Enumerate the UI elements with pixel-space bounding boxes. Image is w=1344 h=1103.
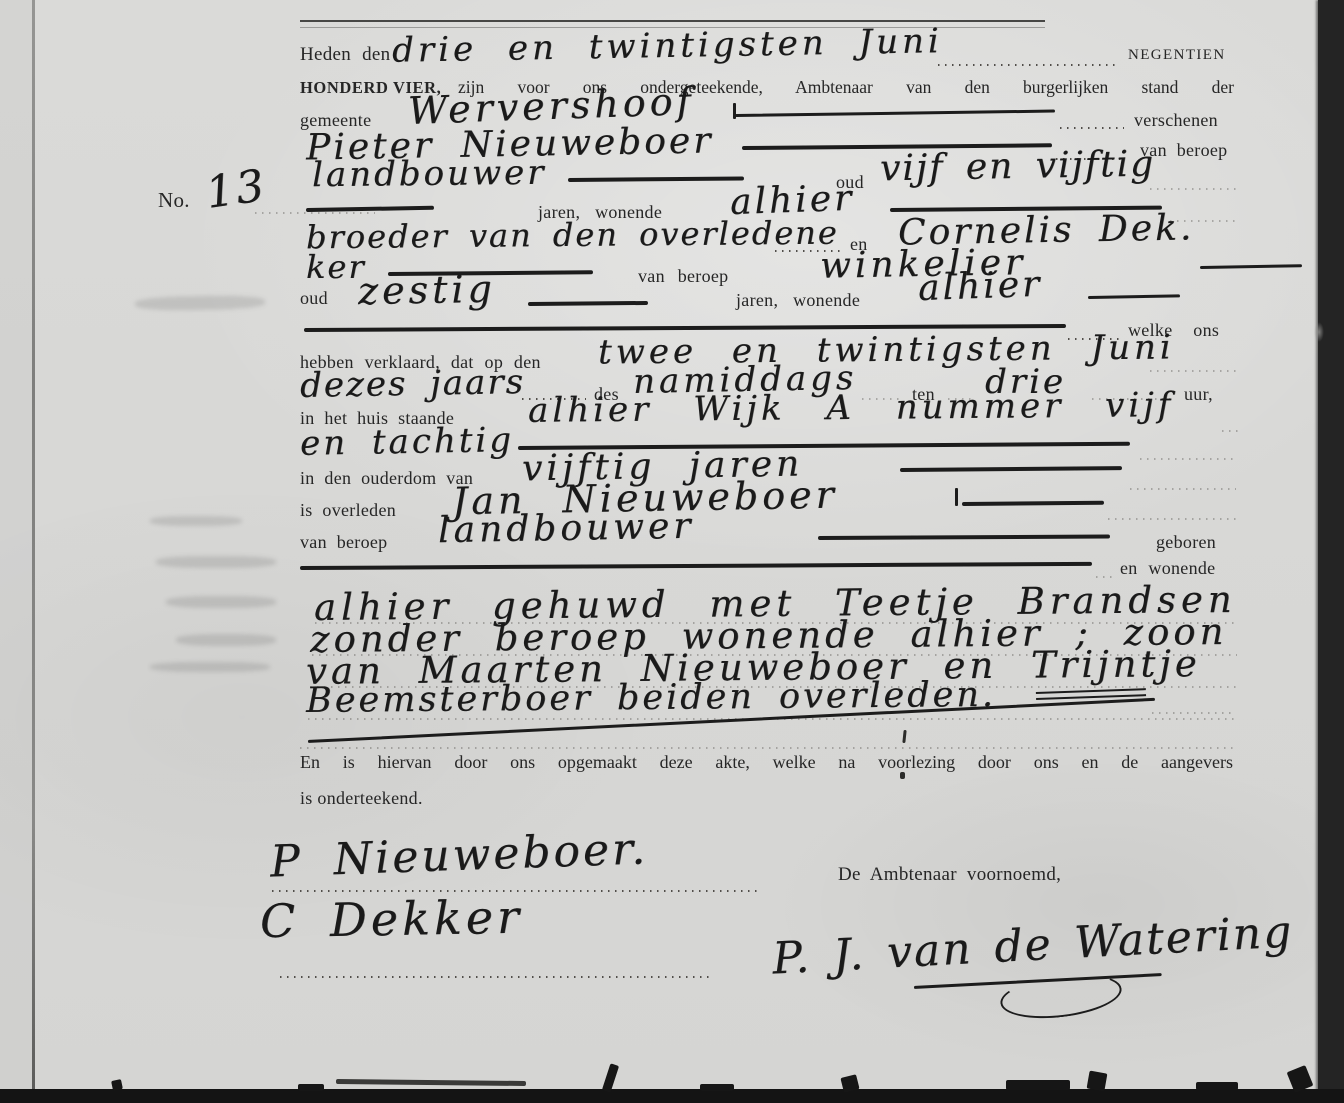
printed-uur: uur, — [1184, 384, 1213, 405]
ink-rule — [818, 534, 1110, 539]
printed-oud-2: oud — [300, 288, 328, 309]
ink-speck — [902, 730, 906, 743]
printed-heden-den: Heden den — [300, 44, 390, 66]
act-number-value: 13 — [203, 160, 270, 219]
hw-declarant2-age: zestig — [358, 267, 497, 313]
right-edge-highlight — [1314, 322, 1324, 342]
paper-fiber — [336, 1079, 526, 1086]
signature-oval-flourish — [998, 968, 1124, 1025]
printed-is-overleden: is overleden — [300, 500, 396, 521]
printed-geboren: geboren — [1156, 532, 1216, 553]
dotted-signature-line — [280, 976, 710, 978]
bleed-through-smudge — [135, 295, 265, 311]
hw-declarant1-occupation: landbouwer — [312, 153, 547, 195]
paper-fiber — [111, 1079, 123, 1091]
ink-tick — [955, 488, 958, 506]
act-number-label: No. — [158, 188, 190, 213]
dotted-leader — [938, 64, 1118, 66]
hw-declarant1-relation: broeder van den overledene — [306, 214, 839, 257]
printed-en-wonende: en wonende — [1120, 558, 1215, 579]
ink-rule — [735, 110, 1055, 117]
printed-jaren-wonende-2: jaren, wonende — [736, 290, 860, 311]
dotted-leader — [1152, 712, 1236, 714]
bleed-through-smudge — [150, 662, 270, 672]
ink-rule — [962, 501, 1104, 506]
hw-declarant2-name-part2: ker — [306, 248, 366, 286]
bleed-through-smudge — [156, 556, 276, 568]
hw-parents-deceased: Beemsterboer beiden overleden. — [306, 675, 996, 721]
signature-declarant2: C Dekker — [260, 890, 524, 949]
left-fold-line — [32, 0, 35, 1091]
bleed-through-smudge — [166, 596, 276, 608]
dotted-leader — [1150, 370, 1236, 372]
dotted-leader — [1096, 576, 1116, 578]
dotted-leader — [1140, 458, 1236, 460]
printed-official-label: De Ambtenaar voornoemd, — [838, 864, 1061, 886]
dotted-baseline — [300, 747, 1235, 749]
signature-official: P. J. van de Watering — [771, 906, 1294, 984]
ink-rule — [300, 562, 1092, 570]
paper-fiber — [1006, 1080, 1070, 1090]
printed-ouderdom: in den ouderdom van — [300, 468, 473, 489]
hw-death-address: alhier Wijk A nummer vijf — [528, 385, 1175, 431]
hw-deceased-occupation: landbouwer — [438, 506, 695, 551]
paper-fiber — [1196, 1082, 1238, 1090]
ink-rule — [528, 301, 648, 306]
ink-speck — [900, 772, 905, 779]
paper-fiber — [1087, 1071, 1108, 1092]
hw-date-of-act: drie en twintigsten Juni — [392, 21, 943, 71]
bottom-page-edge — [0, 1089, 1344, 1103]
printed-verschenen: verschenen — [1134, 110, 1218, 131]
right-page-edge — [1318, 0, 1344, 1103]
dotted-leader — [1060, 127, 1124, 129]
ink-rule — [900, 466, 1122, 471]
bleed-through-smudge — [150, 516, 242, 526]
hw-declarant2-residence: alhier — [917, 264, 1043, 309]
printed-closing-line2: is onderteekend. — [300, 788, 423, 809]
hw-address-continued: en tachtig — [300, 420, 515, 464]
ink-rule — [568, 176, 744, 181]
printed-van-beroep-2: van beroep — [638, 266, 728, 287]
printed-closing-line1: En is hiervan door ons opgemaakt deze ak… — [300, 752, 1233, 773]
dotted-leader — [1222, 430, 1240, 432]
dotted-leader — [1108, 518, 1236, 520]
printed-van-beroep-3: van beroep — [300, 532, 387, 553]
death-record-scan: No. 13 Heden den drie en twintigsten Jun… — [0, 0, 1344, 1103]
dotted-leader — [255, 212, 375, 214]
bleed-through-smudge — [176, 634, 276, 646]
paper-fiber — [700, 1084, 734, 1091]
signature-declarant1: P Nieuweboer. — [269, 823, 649, 887]
dotted-leader — [1130, 488, 1236, 490]
paper-fiber — [298, 1084, 324, 1091]
ink-rule — [1088, 294, 1180, 299]
dotted-leader — [1150, 188, 1236, 190]
left-fold-shade — [0, 0, 33, 1103]
printed-negentien: NEGENTIEN — [1128, 47, 1226, 64]
ink-rule — [1200, 264, 1302, 269]
hw-declarant1-age: vijf en vijftig — [880, 144, 1156, 190]
hw-dezes-jaars: dezes jaars — [300, 362, 526, 406]
